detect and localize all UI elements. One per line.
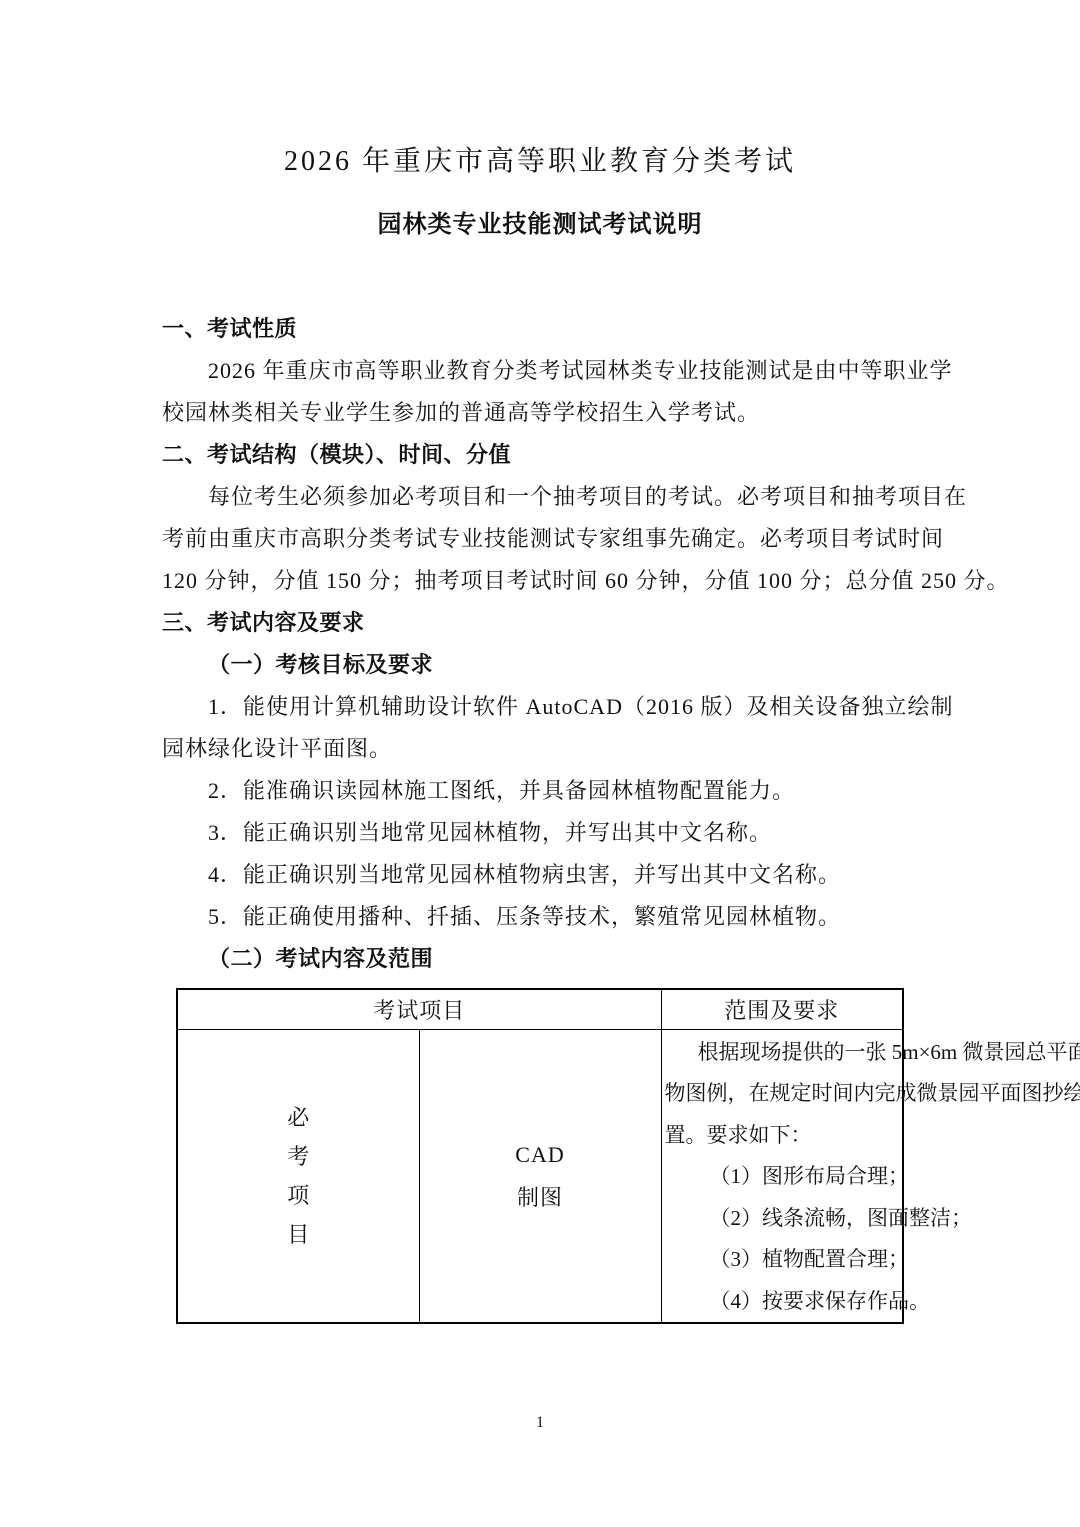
- requirement-line: （1）图形布局合理；: [665, 1156, 900, 1198]
- requirement-line: （2）线条流畅，图面整洁；: [665, 1198, 900, 1240]
- module-name-line: CAD: [515, 1133, 564, 1176]
- document-page: 2026 年重庆市高等职业教育分类考试 园林类专业技能测试考试说明 一、考试性质…: [0, 0, 1080, 1527]
- exam-content-table: 考试项目 范围及要求 必 考 项 目 CAD 制图 根据现场提供的一: [176, 988, 904, 1324]
- module-name-line: 制图: [517, 1176, 563, 1219]
- item1-line2: 园林绿化设计平面图。: [162, 728, 920, 770]
- item5-line: 5．能正确使用播种、扦插、压条等技术，繁殖常见园林植物。: [162, 896, 920, 938]
- requirement-line: 置。要求如下：: [665, 1115, 900, 1157]
- vertical-label-required-item: 必 考 项 目: [178, 1030, 419, 1323]
- doc-subtitle: 园林类专业技能测试考试说明: [0, 204, 1080, 239]
- requirement-line: 物图例，在规定时间内完成微景园平面图抄绘，并进行植物配: [665, 1073, 900, 1115]
- requirement-line: 根据现场提供的一张 5m×6m 微景园总平面图纸和电子植: [665, 1032, 900, 1074]
- cell-requirements: 根据现场提供的一张 5m×6m 微景园总平面图纸和电子植 物图例，在规定时间内完…: [661, 1029, 903, 1323]
- section1-para-line2: 校园林类相关专业学生参加的普通高等学校招生入学考试。: [162, 392, 920, 434]
- cell-required-category: 必 考 项 目: [177, 1029, 419, 1323]
- doc-title: 2026 年重庆市高等职业教育分类考试: [0, 139, 1080, 179]
- vertical-char: 项: [287, 1176, 309, 1215]
- section2-para-line2: 考前由重庆市高职分类考试专业技能测试专家组事先确定。必考项目考试时间: [162, 518, 920, 560]
- page-number: 1: [0, 1414, 1080, 1432]
- section1-para-line1: 2026 年重庆市高等职业教育分类考试园林类专业技能测试是由中等职业学: [162, 350, 920, 392]
- subsection1-heading: （一）考核目标及要求: [162, 644, 920, 686]
- item1-line1: 1．能使用计算机辅助设计软件 AutoCAD（2016 版）及相关设备独立绘制: [162, 686, 920, 728]
- section3-heading: 三、考试内容及要求: [162, 602, 920, 644]
- table-header-row: 考试项目 范围及要求: [177, 989, 903, 1029]
- header-exam-item: 考试项目: [177, 989, 661, 1029]
- section2-para-line3: 120 分钟，分值 150 分；抽考项目考试时间 60 分钟，分值 100 分；…: [162, 560, 920, 602]
- section2-heading: 二、考试结构（模块）、时间、分值: [162, 434, 920, 476]
- subsection2-heading: （二）考试内容及范围: [162, 938, 920, 980]
- section1-heading: 一、考试性质: [162, 308, 920, 350]
- item2-line: 2．能准确识读园林施工图纸，并具备园林植物配置能力。: [162, 770, 920, 812]
- vertical-char: 目: [287, 1215, 309, 1254]
- requirement-line: （3）植物配置合理；: [665, 1239, 900, 1281]
- vertical-char: 必: [287, 1098, 309, 1137]
- header-scope-requirements: 范围及要求: [661, 989, 903, 1029]
- cell-module-cad-drawing: CAD 制图: [419, 1029, 661, 1323]
- requirement-line: （4）按要求保存作品。: [665, 1281, 900, 1323]
- doc-body: 一、考试性质 2026 年重庆市高等职业教育分类考试园林类专业技能测试是由中等职…: [162, 308, 920, 980]
- section2-para-line1: 每位考生必须参加必考项目和一个抽考项目的考试。必考项目和抽考项目在: [162, 476, 920, 518]
- table-body-row: 必 考 项 目 CAD 制图 根据现场提供的一张 5m×6m 微景园总平面图纸和…: [177, 1029, 903, 1323]
- item3-line: 3．能正确识别当地常见园林植物，并写出其中文名称。: [162, 812, 920, 854]
- vertical-char: 考: [287, 1137, 309, 1176]
- item4-line: 4．能正确识别当地常见园林植物病虫害，并写出其中文名称。: [162, 854, 920, 896]
